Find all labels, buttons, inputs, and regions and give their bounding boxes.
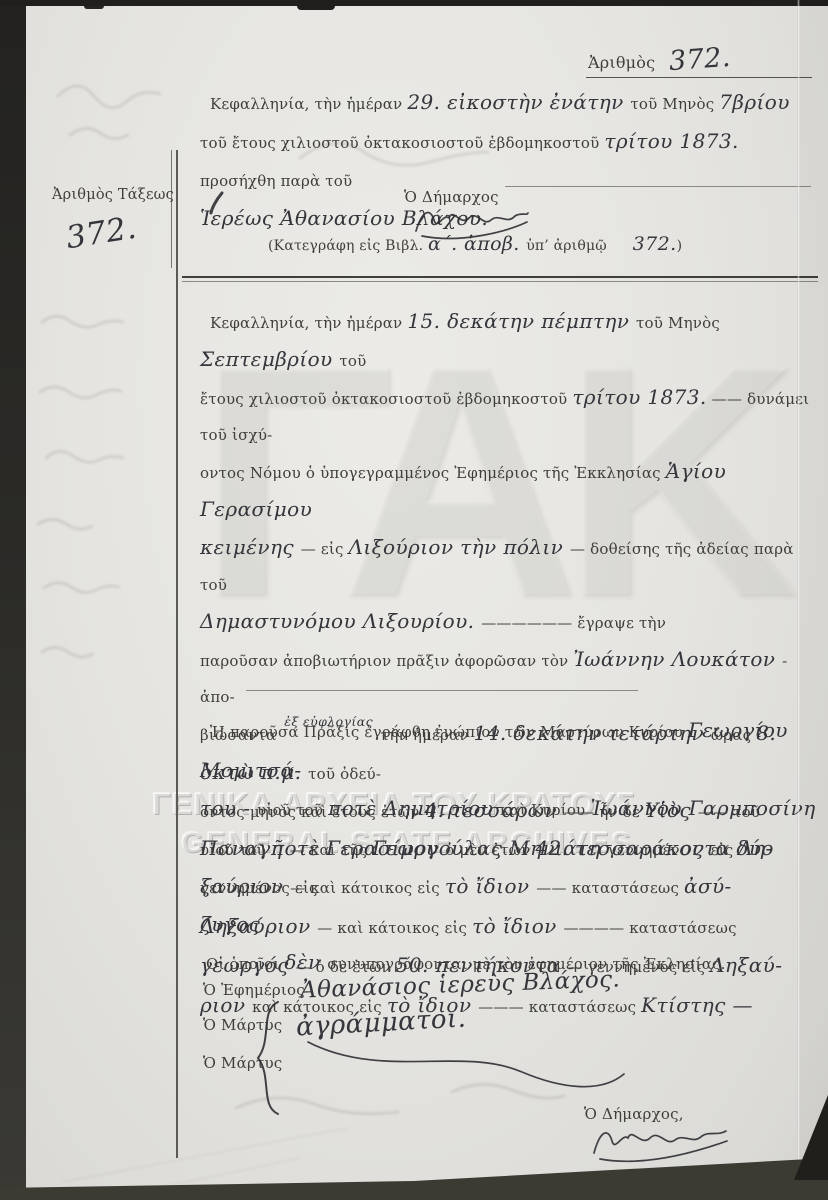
handwritten-text: 372. (607, 233, 677, 255)
section-divider (182, 276, 818, 282)
margin-vertical-rule (176, 150, 178, 1158)
ink-mark (206, 190, 228, 216)
handwritten-text: τὸ ἴδιον (472, 914, 563, 938)
printed-text: Κεφαλληνία, τὴν ἡμέραν (200, 95, 407, 113)
witnesses-brace (248, 998, 286, 1118)
printed-text: τοῦ Μηνὸς (636, 314, 725, 332)
handwritten-text: 42. τεσσαράκοντα δύο (535, 836, 780, 860)
printed-text: παροῦσαν ἀποβιωτήριον πρᾶξιν ἀφορῶσαν τὸ… (200, 652, 573, 670)
handwritten-text: ποτὲ Γερασίμου (271, 836, 445, 860)
handwritten-text: 7βρίου (719, 90, 790, 114)
printed-text: ) (677, 238, 683, 254)
printed-text: ——— καταστάσεως (478, 998, 641, 1016)
printed-text: υἱοῦ τοῦ (200, 841, 271, 859)
signature-flourish (302, 1036, 632, 1106)
handwritten-text: κειμένης (200, 535, 301, 559)
handwritten-text: α´. ἀποβ. (428, 233, 526, 255)
handwritten-text: τρίτου 1873. (604, 129, 738, 153)
printed-text: υἱοῦ τοῦ (257, 801, 328, 819)
scan-left-border (0, 0, 26, 1200)
printed-text: — καὶ κάτοικος εἰς (317, 919, 472, 937)
printed-text: ὑπ’ ἀριθμῷ (526, 238, 607, 254)
handwritten-text: Ἰωάννου Γαρμποσίνη (590, 796, 815, 820)
text-line: Κεφαλληνία, τὴν ἡμέραν 15. δεκάτην πέμπτ… (200, 303, 818, 379)
handwritten-text: Σεπτεμβρίου (200, 347, 339, 371)
torn-edge-notch-2 (84, 6, 104, 9)
printed-text: τοῦ (339, 352, 366, 370)
text-line: κειμένης — εἰς Λιξούριον τὴν πόλιν — δοθ… (200, 529, 818, 603)
text-line: παροῦσαν ἀποβιωτήριον πρᾶξιν ἀφορῶσαν τὸ… (200, 641, 818, 715)
text-line: Δημαστυνόμου Λιξουρίου. —————— ἔγραψε τὴ… (200, 603, 818, 641)
handwritten-text: Λιξούριον τὴν πόλιν (349, 535, 570, 559)
handwritten-text: Ἰωάννην Λουκάτον (573, 647, 782, 671)
handwritten-text: ποτὲ Δημητρίου (328, 796, 500, 820)
act-number-label: Ἀριθμὸς (588, 53, 655, 72)
act-number-block: Ἀριθμὸς 372. (588, 44, 812, 75)
text-line: υἱοῦ τοῦ ποτὲ Γερασίμου ὁ μὲν ἐτῶν 42. τ… (200, 830, 818, 908)
text-line: ἔτους χιλιοστοῦ ὀκτακοσιοστοῦ ἑβδομηκοστ… (200, 379, 818, 453)
mayor-signature-bottom (586, 1119, 736, 1167)
text-line: (Κατεγράφη εἰς Βιβλ. α´. ἀποβ. ὑπ’ ἀριθμ… (268, 233, 688, 255)
handwritten-text: Κτίστης — (641, 993, 753, 1017)
printed-text: ὁ μὲν ἐτῶν (445, 841, 535, 859)
printed-text: (Κατεγράφη εἰς Βιβλ. (268, 238, 428, 254)
handwritten-text: 15. δεκάτην πέμπτην (407, 309, 636, 333)
printed-text: γεννημένος εἰς (200, 879, 318, 897)
margin-vertical-rule-2 (171, 150, 172, 268)
text-line: οντος Νόμου ὁ ὑπογεγραμμένος Ἐφημέριος τ… (200, 453, 818, 529)
text-line: τοῦ ἔτους χιλιοστοῦ ὀκτακοσιοστοῦ ἑβδομη… (200, 123, 815, 200)
registration-note: (Κατεγράφη εἰς Βιβλ. α´. ἀποβ. ὑπ’ ἀριθμ… (268, 233, 688, 255)
printed-text: Ἡ παροῦσα Πρᾶξις ἐγράφθη ἐνώπιον τῶν Μαρ… (200, 723, 688, 741)
printed-text: καὶ Κυρίου (500, 801, 590, 819)
handwritten-text: του - (200, 796, 257, 820)
order-number-label: Ἀριθμὸς Τάξεως (52, 187, 174, 203)
torn-edge-notch (297, 6, 335, 10)
text-line: του - υἱοῦ τοῦ ποτὲ Δημητρίου καὶ Κυρίου… (200, 790, 818, 830)
scanned-document: ΓΑΚ ΓΕΝΙΚΑ ΑΡΧΕΙΑ ΤΟΥ ΚΡΑΤΟΥΣ GENERAL ST… (0, 0, 828, 1200)
printed-text: ἔτους χιλιοστοῦ ὀκτακοσιοστοῦ ἑβδομηκοστ… (200, 390, 572, 408)
handwritten-text: Ληξαύριον (200, 914, 317, 938)
printed-text: Κεφαλληνία, τὴν ἡμέραν (200, 314, 407, 332)
scan-top-border (0, 0, 828, 6)
text-line: Ἡ παροῦσα Πρᾶξις ἐγράφθη ἐνώπιον τῶν Μαρ… (200, 712, 818, 790)
printed-text: τοῦ Μηνὸς (630, 95, 719, 113)
printed-text: ———— καταστάσεως (563, 919, 736, 937)
act-number-value: 372. (668, 42, 732, 77)
number-underline (586, 77, 812, 78)
printed-text: —————— ἔγραψε τὴν (481, 614, 666, 632)
handwritten-text: 29. εἰκοστὴν ἐνάτην (407, 90, 630, 114)
printed-text: τοῦ ἔτους χιλιοστοῦ ὀκτακοσιοστοῦ ἑβδομη… (200, 134, 604, 152)
printed-text: Οἱ ὁποῖοι (196, 955, 284, 973)
handwritten-text: Δημαστυνόμου Λιξουρίου. (200, 609, 481, 633)
handwritten-text: τρίτου 1873. (572, 385, 706, 409)
right-edge-shade (800, 0, 828, 1160)
text-line: Ληξαύριον — καὶ κάτοικος εἰς τὸ ἴδιον ——… (200, 908, 818, 948)
printed-text: οντος Νόμου ὁ ὑπογεγραμμένος Ἐφημέριος τ… (200, 464, 666, 482)
printed-text: — εἰς (301, 540, 349, 558)
handwritten-text: δὲν (284, 950, 327, 974)
priest-label: Ὁ Ἐφημέριος (203, 981, 305, 999)
text-line: Κεφαλληνία, τὴν ἡμέραν 29. εἰκοστὴν ἐνάτ… (200, 84, 815, 123)
